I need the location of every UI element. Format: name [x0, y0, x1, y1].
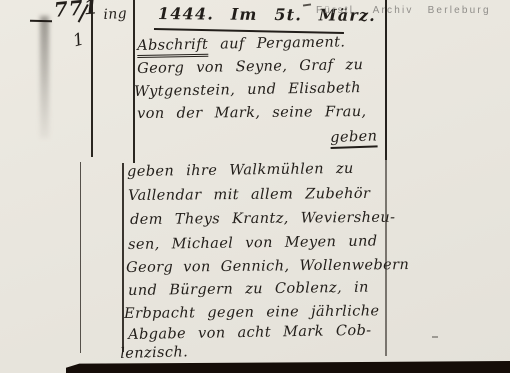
text-line: sen, Michael von Meyen und	[128, 234, 378, 253]
margin-dash	[30, 20, 52, 23]
text-line-abschrift: Abschrift auf Pergament.	[137, 34, 345, 54]
heading-underline	[154, 28, 344, 34]
text-line: von der Mark, seine Frau,	[137, 104, 367, 122]
text-line: Georg von Seyne, Graf zu	[137, 57, 363, 77]
photo-edge-band	[66, 360, 510, 373]
ruled-line-right	[385, 0, 387, 356]
text-line: und Bürgern zu Coblenz, in	[128, 280, 369, 299]
archive-number: 771	[53, 0, 100, 22]
speck	[432, 336, 438, 338]
archive-card-photo: Fürstl. Archiv Berleburg 771 1 ing 1444.…	[0, 0, 510, 373]
abschrift-rest: auf Pergament.	[208, 34, 345, 52]
ink-smudge	[40, 16, 49, 138]
text-line: dem Theys Krantz, Weviersheu-	[130, 210, 395, 228]
ruled-line-mid-top	[133, 0, 135, 163]
abschrift-word: Abschrift	[137, 37, 208, 58]
text-line: lenzisch.	[120, 344, 188, 362]
text-line: geben ihre Walkmühlen zu	[127, 161, 354, 180]
archive-stamp: Fürstl. Archiv Berleburg	[316, 5, 508, 16]
ruled-line-left-bottom	[80, 162, 81, 353]
ruled-line-left-top	[91, 0, 93, 157]
catchword: geben	[330, 128, 378, 149]
text-line: Georg von Gennich, Wollenwebern	[126, 257, 409, 276]
text-line: Erbpacht gegen eine jährliche	[124, 303, 380, 322]
text-line: Vallendar mit allem Zubehör	[128, 186, 370, 204]
ruled-line-mid-bottom	[122, 163, 124, 352]
text-line: Abgabe von acht Mark Cob-	[128, 323, 372, 343]
text-line: Wytgenstein, und Elisabeth	[134, 80, 361, 100]
sub-number: 1	[71, 29, 87, 51]
margin-note: ing	[103, 6, 127, 23]
